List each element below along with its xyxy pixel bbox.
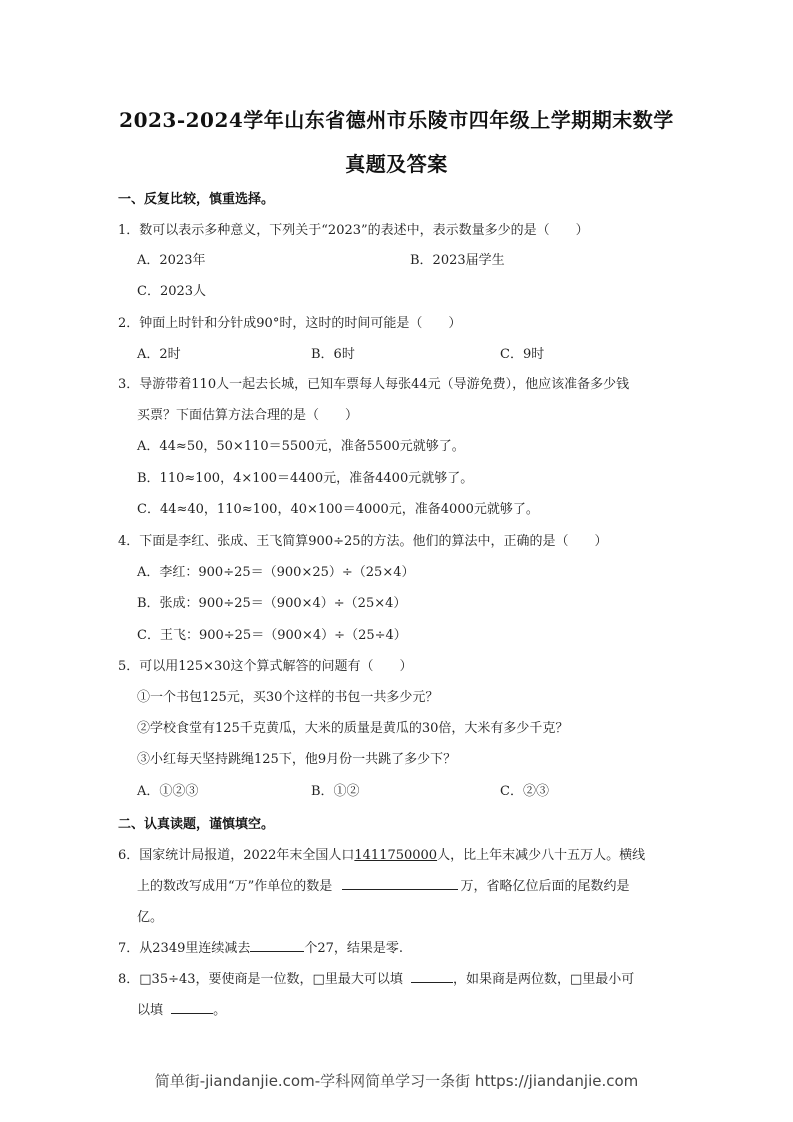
q4-stem: 4．下面是李红、张成、王飞简算900÷25的方法。他们的算法中，正确的是（ ） <box>118 530 608 549</box>
document-title-line1: 2023-2024学年山东省德州市乐陵市四年级上学期期末数学 <box>0 104 793 133</box>
q7-text-part1: 7．从2349里连续减去 <box>118 941 250 956</box>
q5-option-c: C．②③ <box>500 780 549 799</box>
footer-watermark: 简单街-jiandanjie.com-学科网简单学习一条街 https://ji… <box>0 1070 793 1091</box>
q6-line3: 亿。 <box>137 906 163 925</box>
q6-answer-blank-wan[interactable] <box>342 877 458 890</box>
q4-option-c: C．王飞：900÷25＝（900×4）÷（25÷4） <box>137 624 407 643</box>
q2-stem: 2．钟面上时针和分针成90°时，这时的时间可能是（ ） <box>118 312 461 331</box>
section1-heading: 一、反复比较，慎重选择。 <box>118 188 274 207</box>
q3-option-a: A．44≈50，50×110＝5500元，准备5500元就够了。 <box>137 435 465 454</box>
q1-option-a: A．2023年 <box>137 249 205 268</box>
q5-item-1: ①一个书包125元，买30个这样的书包一共多少元？ <box>137 686 438 705</box>
q7-answer-blank[interactable] <box>250 939 304 952</box>
q6-text-part2: 人，比上年末减少八十五万人。横线 <box>437 848 645 863</box>
q4-option-b: B．张成：900÷25＝（900×4）÷（25×4） <box>137 592 406 611</box>
q8-line1: 8．□35÷43，要使商是一位数，□里最大可以填 ，如果商是两位数，□里最小可 <box>118 968 634 987</box>
q5-option-a: A．①②③ <box>137 780 198 799</box>
q2-option-b: B．6时 <box>311 343 355 362</box>
q8-text-line2a: 以填 <box>137 1003 163 1018</box>
document-title-line2: 真题及答案 <box>0 148 793 177</box>
q6-text-part1: 6．国家统计局报道，2022年末全国人口 <box>118 848 354 863</box>
q5-item-3: ③小红每天坚持跳绳125下，他9月份一共跳了多少下？ <box>137 748 456 767</box>
q1-stem: 1．数可以表示多种意义，下列关于“2023”的表述中，表示数量多少的是（ ） <box>118 219 589 238</box>
q8-text-part1: 8．□35÷43，要使商是一位数，□里最大可以填 <box>118 972 403 987</box>
q7-text-part2: 个27，结果是零. <box>304 941 403 956</box>
q3-option-b: B．110≈100，4×100＝4400元，准备4400元就够了。 <box>137 467 473 486</box>
q8-answer-blank-max[interactable] <box>411 970 453 983</box>
q8-text-line2b: 。 <box>213 1003 226 1018</box>
q1-option-c: C．2023人 <box>137 280 206 299</box>
q8-text-part2: ，如果商是两位数，□里最小可 <box>453 972 634 987</box>
q8-answer-blank-min[interactable] <box>171 1001 213 1014</box>
q2-option-c: C．9时 <box>500 343 544 362</box>
q8-line2: 以填 。 <box>137 999 226 1018</box>
q6-text-line2b: 万，省略亿位后面的尾数约是 <box>460 879 629 894</box>
q3-stem-line2: 买票？下面估算方法合理的是（ ） <box>137 404 358 423</box>
q6-line2: 上的数改写成用“万”作单位的数是 万，省略亿位后面的尾数约是 <box>137 875 629 894</box>
q5-item-2: ②学校食堂有125千克黄瓜，大米的质量是黄瓜的30倍，大米有多少千克？ <box>137 717 568 736</box>
q6-text-line2a: 上的数改写成用“万”作单位的数是 <box>137 879 332 894</box>
section2-heading: 二、认真读题，谨慎填空。 <box>118 813 274 832</box>
q3-stem-line1: 3．导游带着110人一起去长城，已知车票每人每张44元（导游免费），他应该准备多… <box>118 373 629 392</box>
q7-line: 7．从2349里连续减去个27，结果是零. <box>118 937 403 956</box>
q5-option-b: B．①② <box>311 780 360 799</box>
q1-option-b: B．2023届学生 <box>410 249 505 268</box>
q2-option-a: A．2时 <box>137 343 181 362</box>
q3-option-c: C．44≈40，110≈100，40×100＝4000元，准备4000元就够了。 <box>137 498 539 517</box>
q6-population-number: 1411750000 <box>354 848 437 863</box>
q5-stem: 5．可以用125×30这个算式解答的问题有（ ） <box>118 655 413 674</box>
q4-option-a: A．李红：900÷25＝（900×25）÷（25×4） <box>137 561 414 580</box>
q6-line1: 6．国家统计局报道，2022年末全国人口1411750000人，比上年末减少八十… <box>118 844 645 863</box>
